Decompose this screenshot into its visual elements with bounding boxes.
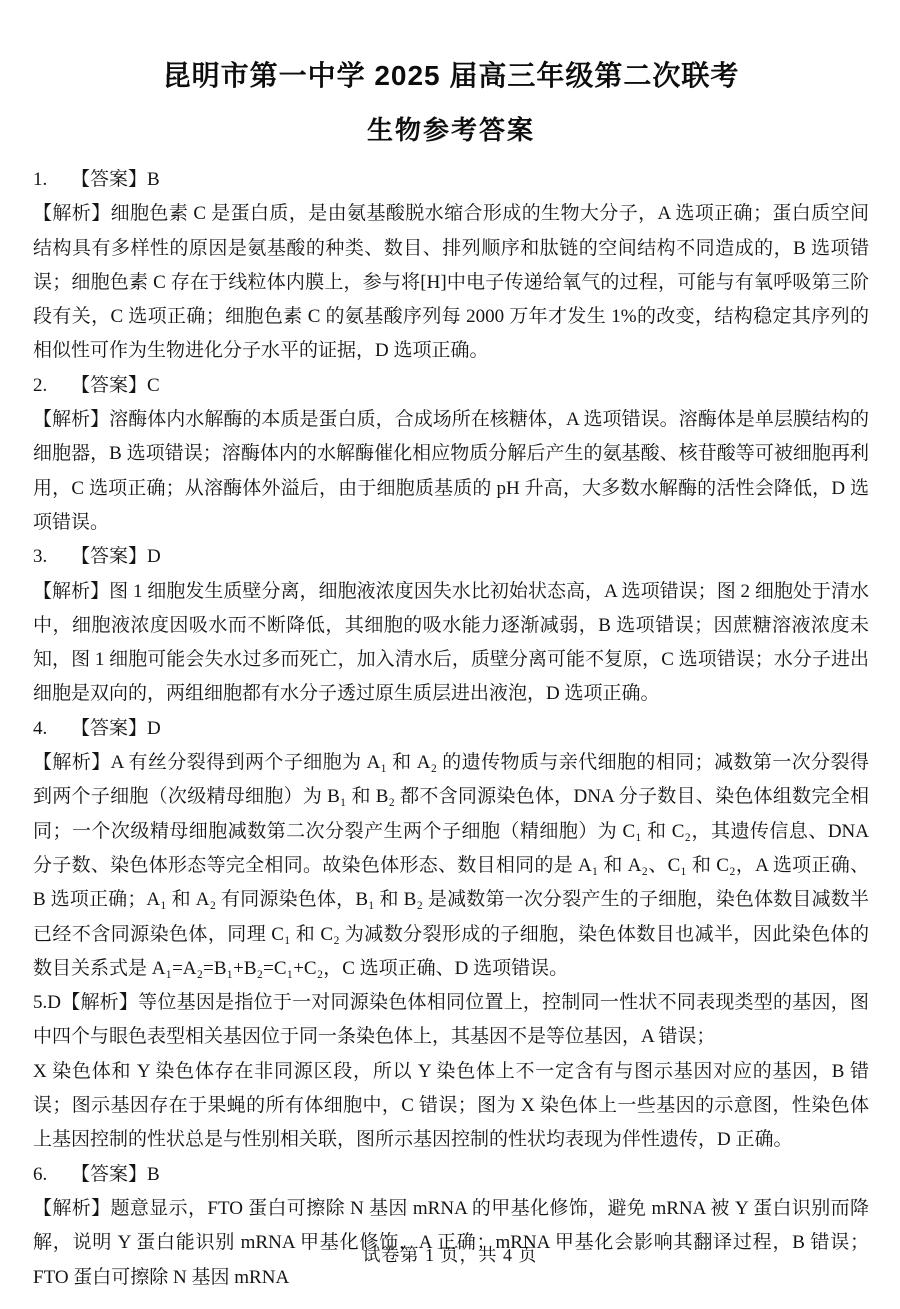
question-number: 4.: [33, 712, 53, 746]
page-footer: 试卷第 1 页，共 4 页: [0, 1241, 900, 1267]
question-4: 4.【答案】D【解析】A 有丝分裂得到两个子细胞为 A₁ 和 A₂ 的遗传物质与…: [33, 712, 869, 986]
question-5: 5.D【解析】等位基因是指位于一对同源染色体相同位置上，控制同一性状不同表现类型…: [33, 986, 869, 1157]
analysis-paragraph: 【解析】图 1 细胞发生质壁分离，细胞液浓度因失水比初始状态高，A 选项错误；图…: [33, 575, 869, 712]
analysis-paragraph: X 染色体和 Y 染色体存在非同源区段，所以 Y 染色体上不一定含有与图示基因对…: [33, 1055, 869, 1158]
answer-label: 【答案】C: [71, 375, 160, 396]
page-subtitle: 生物参考答案: [33, 114, 869, 146]
question-2: 2.【答案】C【解析】溶酶体内水解酶的本质是蛋白质，合成场所在核糖体，A 选项错…: [33, 369, 869, 540]
question-number: 1.: [33, 163, 53, 197]
answer-line: 3.【答案】D: [33, 540, 869, 574]
answer-label: 【答案】D: [71, 718, 161, 739]
question-1: 1.【答案】B【解析】细胞色素 C 是蛋白质，是由氨基酸脱水缩合形成的生物大分子…: [33, 163, 869, 369]
answer-line: 4.【答案】D: [33, 712, 869, 746]
analysis-paragraph: 【解析】A 有丝分裂得到两个子细胞为 A₁ 和 A₂ 的遗传物质与亲代细胞的相同…: [33, 746, 869, 986]
answer-label: 【答案】B: [71, 169, 160, 190]
question-number: 2.: [33, 369, 53, 403]
question-3: 3.【答案】D【解析】图 1 细胞发生质壁分离，细胞液浓度因失水比初始状态高，A…: [33, 540, 869, 711]
exam-answer-page: 昆明市第一中学 2025 届高三年级第二次联考 生物参考答案 1.【答案】B【解…: [0, 0, 900, 1309]
answer-line: 6.【答案】B: [33, 1158, 869, 1192]
answer-label: 【答案】D: [71, 546, 161, 567]
analysis-paragraph: 【解析】细胞色素 C 是蛋白质，是由氨基酸脱水缩合形成的生物大分子，A 选项正确…: [33, 197, 869, 368]
question-number: 6.: [33, 1158, 53, 1192]
analysis-paragraph: 【解析】溶酶体内水解酶的本质是蛋白质，合成场所在核糖体，A 选项错误。溶酶体是单…: [33, 403, 869, 540]
question-6: 6.【答案】B【解析】题意显示，FTO 蛋白可擦除 N 基因 mRNA 的甲基化…: [33, 1158, 869, 1295]
answer-line: 2.【答案】C: [33, 369, 869, 403]
answer-line: 1.【答案】B: [33, 163, 869, 197]
answer-label: 【答案】B: [71, 1164, 160, 1185]
page-title: 昆明市第一中学 2025 届高三年级第二次联考: [33, 58, 869, 94]
answers-body: 1.【答案】B【解析】细胞色素 C 是蛋白质，是由氨基酸脱水缩合形成的生物大分子…: [33, 163, 869, 1295]
question-number: 3.: [33, 540, 53, 574]
analysis-paragraph: 5.D【解析】等位基因是指位于一对同源染色体相同位置上，控制同一性状不同表现类型…: [33, 986, 869, 1055]
